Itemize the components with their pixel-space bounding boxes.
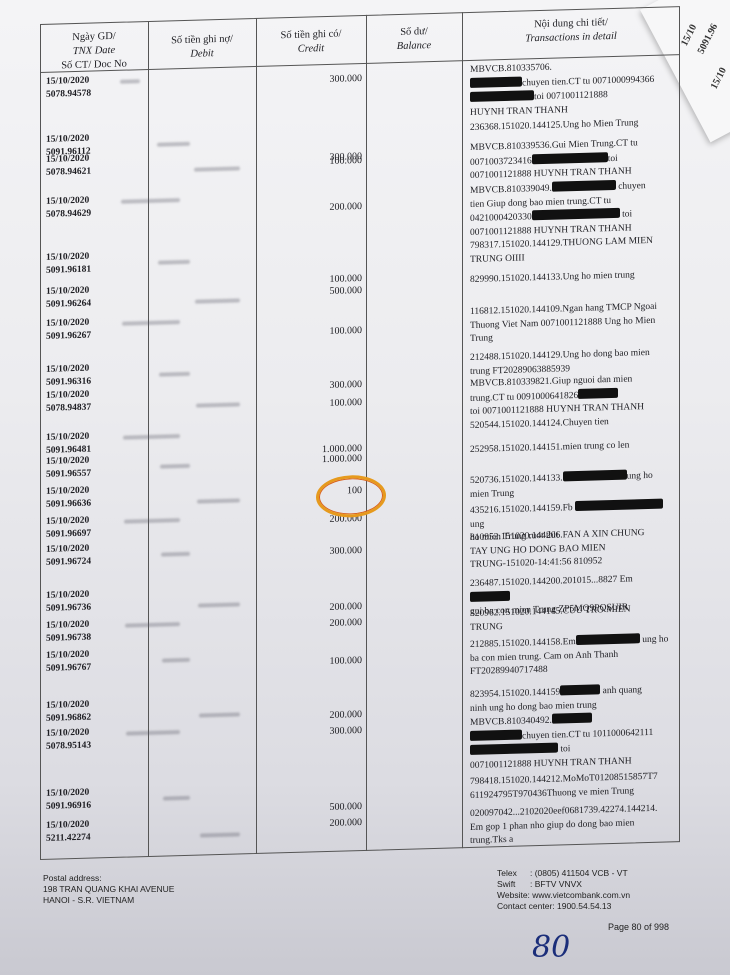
- header-credit-en: Credit: [298, 43, 324, 55]
- transaction-detail: 520736.151020.144133.ung ho mien Trung: [470, 468, 670, 502]
- postal-line-2: HANOI - S.R. VIETNAM: [43, 895, 174, 906]
- header-debit-en: Debit: [190, 48, 213, 60]
- swift-value: : BFTV VNVX: [530, 879, 582, 889]
- date-doc-cell: 15/10/20205091.96557: [46, 455, 91, 482]
- redaction-bar: [576, 633, 640, 645]
- doc-number: 5091.96267: [46, 330, 91, 344]
- date-doc-cell: 15/10/20205078.95143: [46, 727, 91, 754]
- doc-number: 5091.96862: [46, 712, 91, 726]
- transaction-date: 15/10/2020: [46, 699, 91, 713]
- redaction-bar: [470, 729, 522, 740]
- handwritten-page-number: 80: [532, 930, 570, 965]
- transaction-date: 15/10/2020: [46, 649, 91, 663]
- transaction-date: 15/10/2020: [46, 153, 91, 167]
- transaction-table: Ngày GD/ TNX Date Số CT/ Doc No Số tiền …: [40, 6, 680, 860]
- doc-number: 5091.96697: [46, 528, 91, 542]
- doc-number: 5091.96636: [46, 498, 91, 512]
- website: Website: www.vietcombank.com.vn: [497, 890, 630, 901]
- page-number: Page 80 of 998: [608, 922, 669, 932]
- doc-number: 5078.94629: [46, 208, 91, 222]
- smudge-mark: [160, 464, 190, 469]
- telex-value: : (0805) 411504 VCB - VT: [530, 868, 628, 878]
- smudge-mark: [163, 796, 190, 801]
- doc-number: 5211.42274: [46, 832, 91, 846]
- transaction-detail: MBVCB.810335706.chuyen tien.CT tu 007100…: [470, 58, 670, 120]
- transaction-date: 15/10/2020: [46, 619, 91, 633]
- transaction-detail: 116812.151020.144109.Ngan hang TMCP Ngoa…: [470, 300, 670, 346]
- redaction-bar: [560, 684, 600, 695]
- doc-number: 5078.94578: [46, 88, 91, 102]
- transaction-date: 15/10/2020: [46, 589, 91, 603]
- transaction-date: 15/10/2020: [46, 133, 91, 147]
- transaction-date: 15/10/2020: [46, 195, 91, 209]
- redaction-bar: [575, 499, 663, 511]
- date-doc-cell: 15/10/20205091.96916: [46, 787, 91, 814]
- redaction-bar: [470, 590, 510, 601]
- date-doc-cell: 15/10/20205078.94621: [46, 153, 91, 180]
- smudge-mark: [120, 79, 140, 84]
- header-balance-en: Balance: [397, 40, 431, 52]
- postal-line-1: 198 TRAN QUANG KHAI AVENUE: [43, 884, 174, 895]
- doc-number: 5091.96316: [46, 376, 91, 390]
- transaction-date: 15/10/2020: [46, 317, 91, 331]
- header-date-doc: Ngày GD/ TNX Date Số CT/ Doc No: [40, 29, 148, 74]
- transaction-date: 15/10/2020: [46, 285, 91, 299]
- date-doc-cell: 15/10/20205091.96724: [46, 543, 91, 570]
- date-doc-cell: 15/10/20205211.42274: [46, 819, 91, 846]
- doc-number: 5091.96557: [46, 468, 91, 482]
- header-credit: Số tiền ghi có/ Credit: [256, 27, 366, 58]
- transaction-detail: 798418.151020.144212.MoMoT01208515857T76…: [470, 770, 670, 803]
- doc-number: 5091.96181: [46, 264, 91, 278]
- date-doc-cell: 15/10/20205091.96862: [46, 699, 91, 726]
- telex-label: Telex: [497, 868, 530, 879]
- bank-contact-info: Telex: (0805) 411504 VCB - VT Swift: BFT…: [497, 868, 630, 912]
- postal-label: Postal address:: [43, 873, 174, 884]
- redaction-bar: [470, 90, 534, 102]
- postal-address: Postal address: 198 TRAN QUANG KHAI AVEN…: [43, 873, 174, 906]
- doc-number: 5091.96916: [46, 800, 91, 814]
- transaction-date: 15/10/2020: [46, 543, 91, 557]
- date-doc-cell: 15/10/20205078.94629: [46, 195, 91, 222]
- redaction-bar: [552, 180, 616, 192]
- transaction-date: 15/10/2020: [46, 389, 91, 403]
- redaction-bar: [552, 713, 592, 724]
- transaction-detail: 520962.151020.144145.CUU TRO MIENTRUNG: [470, 602, 670, 635]
- background-sheet-date: 15/10: [679, 23, 699, 48]
- header-detail-en: Transactions in detail: [525, 31, 617, 45]
- column-divider: [462, 12, 463, 848]
- transaction-date: 15/10/2020: [46, 431, 91, 445]
- transaction-detail: MBVCB.810339049. chuyentien Giup dong ba…: [470, 178, 670, 240]
- transaction-detail: 212885.151020.144158.Em ung hoba con mie…: [470, 632, 670, 679]
- smudge-mark: [159, 372, 190, 377]
- smudge-mark: [162, 658, 190, 663]
- redaction-bar: [578, 387, 618, 398]
- date-doc-cell: 15/10/20205091.96736: [46, 589, 91, 616]
- transaction-date: 15/10/2020: [46, 515, 91, 529]
- transaction-date: 15/10/2020: [46, 251, 91, 265]
- date-doc-cell: 15/10/20205091.96181: [46, 251, 91, 278]
- redaction-bar: [563, 470, 627, 482]
- doc-number: 5091.96767: [46, 662, 91, 676]
- header-debit: Số tiền ghi nợ/ Debit: [148, 32, 256, 63]
- smudge-mark: [161, 552, 190, 557]
- column-divider: [366, 15, 367, 851]
- transaction-date: 15/10/2020: [46, 727, 91, 741]
- transaction-date: 15/10/2020: [46, 363, 91, 377]
- date-doc-cell: 15/10/20205091.96738: [46, 619, 91, 646]
- date-doc-cell: 15/10/20205091.96767: [46, 649, 91, 676]
- transaction-date: 15/10/2020: [46, 455, 91, 469]
- doc-number: 5078.94621: [46, 166, 91, 180]
- redaction-bar: [470, 76, 522, 87]
- transaction-detail: 798317.151020.144129.THUONG LAM MIENTRUN…: [470, 234, 670, 267]
- transaction-detail: MBVCB.810339821.Giup nguoi dan mientrung…: [470, 372, 670, 419]
- transaction-date: 15/10/2020: [46, 75, 91, 89]
- doc-number: 5091.96738: [46, 632, 91, 646]
- transaction-detail: MBVCB.810339536.Gui Mien Trung.CT tu0071…: [470, 136, 670, 183]
- redaction-bar: [532, 152, 608, 164]
- redaction-bar: [532, 208, 620, 220]
- doc-number: 5078.94837: [46, 402, 91, 416]
- redaction-bar: [470, 743, 558, 755]
- doc-number: 5078.95143: [46, 740, 91, 754]
- header-balance: Số dư/ Balance: [366, 24, 462, 55]
- transaction-date: 15/10/2020: [46, 819, 91, 833]
- contact-center: Contact center: 1900.54.54.13: [497, 901, 630, 912]
- doc-number: 5091.96264: [46, 298, 91, 312]
- swift-label: Swift: [497, 879, 530, 890]
- header-date-en: TNX Date: [73, 45, 115, 57]
- date-doc-cell: 15/10/20205078.94578: [46, 75, 91, 102]
- transaction-detail: 020097042...2102020eef0681739.42274.1442…: [470, 802, 670, 848]
- date-doc-cell: 15/10/20205091.96697: [46, 515, 91, 542]
- date-doc-cell: 15/10/20205078.94837: [46, 389, 91, 416]
- transaction-detail: MBVCB.810340492.chuyen tien.CT tu 101100…: [470, 710, 670, 773]
- date-doc-cell: 15/10/20205091.96316: [46, 363, 91, 390]
- date-doc-cell: 15/10/20205091.96267: [46, 317, 91, 344]
- doc-number: 5091.96736: [46, 602, 91, 616]
- transaction-date: 15/10/2020: [46, 787, 91, 801]
- transaction-date: 15/10/2020: [46, 485, 91, 499]
- date-doc-cell: 15/10/20205091.96636: [46, 485, 91, 512]
- background-sheet-date-2: 15/10: [709, 66, 729, 91]
- transaction-detail: 810952.151020.144206.FAN A XIN CHUNGTAY …: [470, 526, 670, 572]
- doc-number: 5091.96724: [46, 556, 91, 570]
- date-doc-cell: 15/10/20205091.96264: [46, 285, 91, 312]
